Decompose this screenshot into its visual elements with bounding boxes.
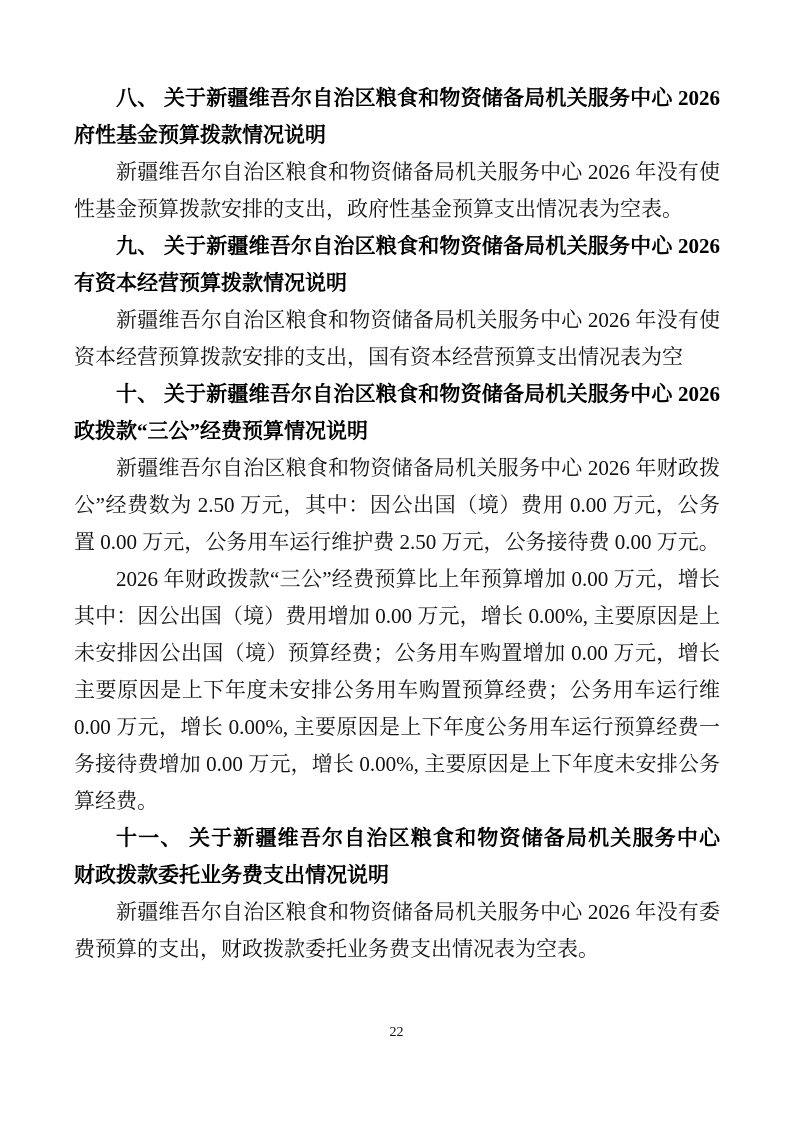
- section-8-paragraph-line-2: 性基金预算拨款安排的支出，政府性基金预算支出情况表为空表。: [74, 191, 720, 228]
- section-10-paragraph2-line-1: 2026 年财政拨款“三公”经费预算比上年预算增加 0.00 万元，增长 0.0…: [74, 561, 720, 598]
- section-11-paragraph-line-1: 新疆维吾尔自治区粮食和物资储备局机关服务中心 2026 年没有委托业务: [74, 894, 720, 931]
- section-9: 九、 关于新疆维吾尔自治区粮食和物资储备局机关服务中心 2026 年国 有资本经…: [74, 228, 720, 376]
- document-page: 八、 关于新疆维吾尔自治区粮食和物资储备局机关服务中心 2026 年政 府性基金…: [0, 0, 793, 1122]
- section-11: 十一、 关于新疆维吾尔自治区粮食和物资储备局机关服务中心 2026 年 财政拨款…: [74, 820, 720, 968]
- section-11-heading-line-1: 十一、 关于新疆维吾尔自治区粮食和物资储备局机关服务中心 2026 年: [74, 820, 720, 857]
- section-10-paragraph2-line-3: 未安排因公出国（境）预算经费；公务用车购置增加 0.00 万元，增长 0.00%…: [74, 635, 720, 672]
- section-9-paragraph-line-1: 新疆维吾尔自治区粮食和物资储备局机关服务中心 2026 年没有使用国有: [74, 302, 720, 339]
- section-9-heading-line-2: 有资本经营预算拨款情况说明: [74, 265, 720, 302]
- section-8-paragraph-line-1: 新疆维吾尔自治区粮食和物资储备局机关服务中心 2026 年没有使用政府: [74, 154, 720, 191]
- section-10-heading-line-2: 政拨款“三公”经费预算情况说明: [74, 413, 720, 450]
- section-9-heading-line-1: 九、 关于新疆维吾尔自治区粮食和物资储备局机关服务中心 2026 年国: [74, 228, 720, 265]
- section-8-heading-line-2: 府性基金预算拨款情况说明: [74, 117, 720, 154]
- section-10-heading-line-1: 十、 关于新疆维吾尔自治区粮食和物资储备局机关服务中心 2026 年财: [74, 376, 720, 413]
- section-10-paragraph2-line-6: 务接待费增加 0.00 万元，增长 0.00%, 主要原因是上下年度未安排公务接…: [74, 746, 720, 783]
- section-11-heading-line-2: 财政拨款委托业务费支出情况说明: [74, 857, 720, 894]
- section-10-paragraph2-line-7: 算经费。: [74, 783, 720, 820]
- document-body: 八、 关于新疆维吾尔自治区粮食和物资储备局机关服务中心 2026 年政 府性基金…: [74, 80, 720, 968]
- section-10-paragraph2-line-4: 主要原因是上下年度未安排公务用车购置预算经费；公务用车运行维护费增加: [74, 672, 720, 709]
- section-10-paragraph1-line-2: 公”经费数为 2.50 万元，其中：因公出国（境）费用 0.00 万元，公务用车…: [74, 487, 720, 524]
- section-10-paragraph2-line-2: 其中：因公出国（境）费用增加 0.00 万元，增长 0.00%, 主要原因是上下…: [74, 598, 720, 635]
- section-10-paragraph1-line-3: 置 0.00 万元，公务用车运行维护费 2.50 万元，公务接待费 0.00 万…: [74, 524, 720, 561]
- section-10-paragraph2-line-5: 0.00 万元，增长 0.00%, 主要原因是上下年度公务用车运行预算经费一致；…: [74, 709, 720, 746]
- page-number: 22: [0, 1022, 793, 1044]
- section-10-paragraph1-line-1: 新疆维吾尔自治区粮食和物资储备局机关服务中心 2026 年财政拨款“三: [74, 450, 720, 487]
- section-8: 八、 关于新疆维吾尔自治区粮食和物资储备局机关服务中心 2026 年政 府性基金…: [74, 80, 720, 228]
- section-9-paragraph-line-2: 资本经营预算拨款安排的支出，国有资本经营预算支出情况表为空表。: [74, 339, 720, 376]
- section-10: 十、 关于新疆维吾尔自治区粮食和物资储备局机关服务中心 2026 年财 政拨款“…: [74, 376, 720, 820]
- section-11-paragraph-line-2: 费预算的支出，财政拨款委托业务费支出情况表为空表。: [74, 931, 720, 968]
- section-8-heading-line-1: 八、 关于新疆维吾尔自治区粮食和物资储备局机关服务中心 2026 年政: [74, 80, 720, 117]
